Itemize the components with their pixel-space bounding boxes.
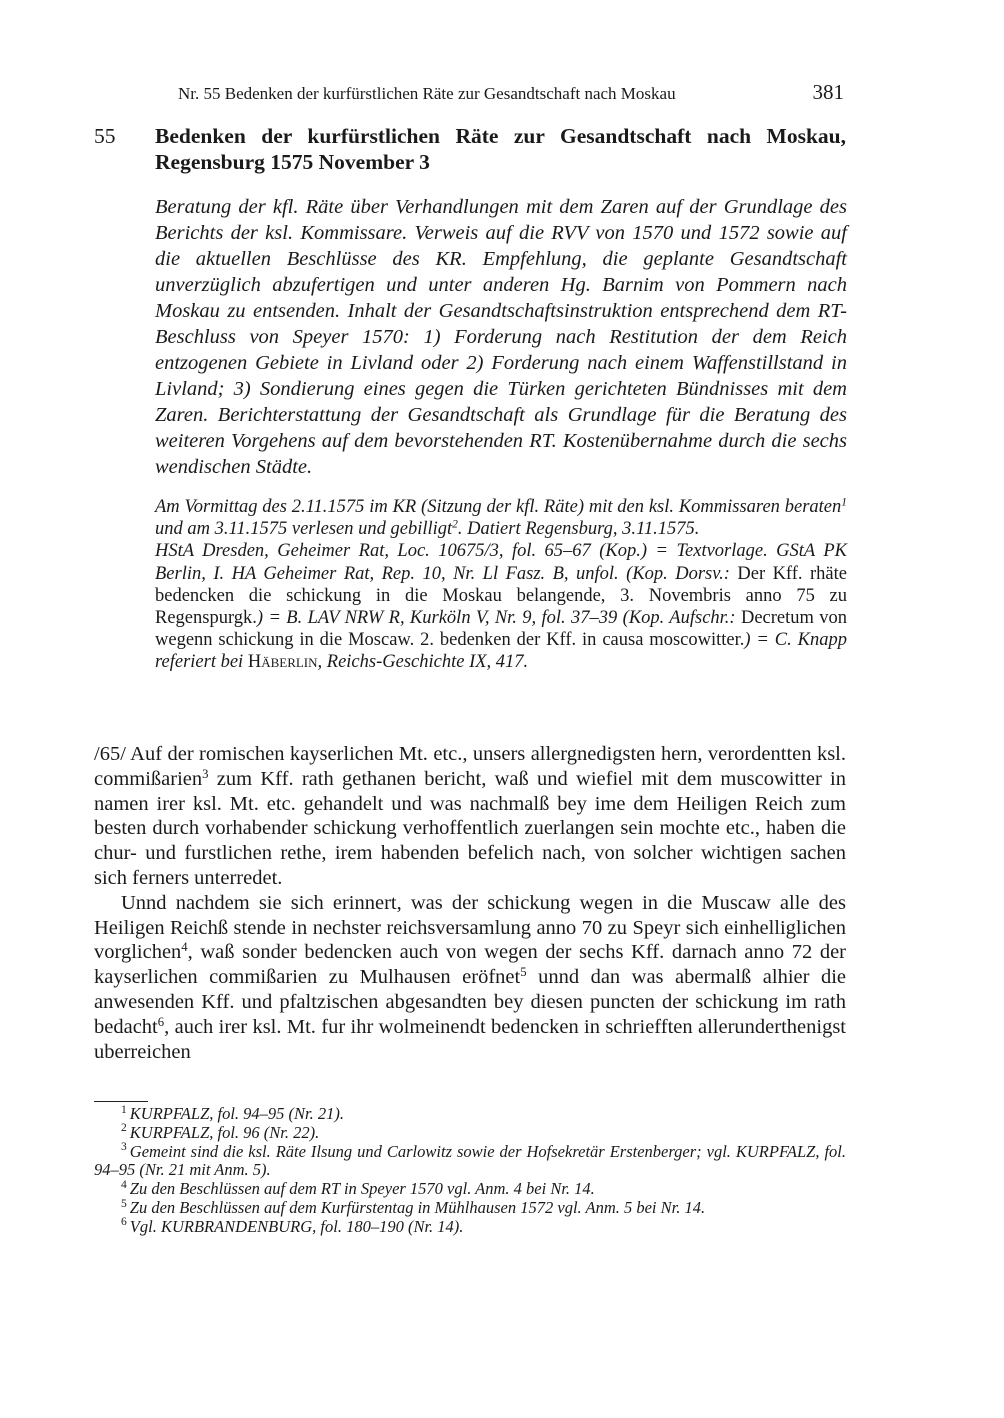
main-text: /65/ Auf der romischen kayserlichen Mt. …	[94, 742, 846, 1064]
footnote-1: 1KURPFALZ, fol. 94–95 (Nr. 21).	[94, 1105, 846, 1124]
footnote-number: 4	[121, 1179, 127, 1191]
footnote-3: 3Gemeint sind die ksl. Räte Ilsung und C…	[94, 1143, 846, 1181]
source-citation: ) = B. LAV NRW R, Kurköln V, Nr. 9, fol.…	[257, 608, 736, 628]
editorial-notes: Am Vormittag des 2.11.1575 im KR (Sitzun…	[155, 496, 847, 674]
document-number: 55	[94, 123, 155, 175]
footnote-text: KURPFALZ, fol. 96 (Nr. 22).	[130, 1123, 319, 1142]
footnote-ref-1[interactable]: 1	[841, 497, 847, 509]
deliberation-note: Am Vormittag des 2.11.1575 im KR (Sitzun…	[155, 496, 847, 540]
footnote-5: 5Zu den Beschlüssen auf dem Kurfürstenta…	[94, 1199, 846, 1218]
footnote-number: 1	[121, 1104, 127, 1116]
footnote-divider	[94, 1101, 148, 1102]
footnote-number: 6	[121, 1216, 127, 1228]
document-page: Nr. 55 Bedenken der kurfürstlichen Räte …	[0, 0, 1004, 1418]
footnote-text: KURPFALZ, fol. 94–95 (Nr. 21).	[130, 1104, 344, 1123]
footnote-text: Zu den Beschlüssen auf dem RT in Speyer …	[130, 1179, 595, 1198]
document-heading: 55 Bedenken der kurfürstlichen Räte zur …	[94, 123, 846, 175]
paragraph-2: Unnd nachdem sie sich erinnert, was der …	[94, 891, 846, 1065]
footnote-text: Gemeint sind die ksl. Räte Ilsung und Ca…	[94, 1142, 846, 1180]
footnote-text: Vgl. KURBRANDENBURG, fol. 180–190 (Nr. 1…	[130, 1217, 464, 1236]
footnote-number: 3	[121, 1141, 127, 1153]
running-head: Nr. 55 Bedenken der kurfürstlichen Räte …	[178, 80, 844, 106]
paragraph-1: /65/ Auf der romischen kayserlichen Mt. …	[94, 742, 846, 891]
author-name: Häberlin	[248, 652, 318, 672]
footnote-2: 2KURPFALZ, fol. 96 (Nr. 22).	[94, 1124, 846, 1143]
footnote-number: 2	[121, 1122, 127, 1134]
source-citation: , Reichs-Geschichte IX, 417.	[318, 652, 529, 672]
footnote-4: 4Zu den Beschlüssen auf dem RT in Speyer…	[94, 1180, 846, 1199]
deliberation-text: . Datiert Regensburg, 3.11.1575.	[458, 519, 700, 539]
deliberation-text: Am Vormittag des 2.11.1575 im KR (Sitzun…	[155, 497, 841, 517]
paragraph-text: , auch irer ksl. Mt. fur ihr wolmeinendt…	[94, 1016, 846, 1063]
deliberation-text: und am 3.11.1575 verlesen und gebilligt	[155, 519, 452, 539]
footnote-6: 6Vgl. KURBRANDENBURG, fol. 180–190 (Nr. …	[94, 1218, 846, 1237]
footnote-text: Zu den Beschlüssen auf dem Kurfürstentag…	[130, 1198, 705, 1217]
regest-summary: Beratung der kfl. Räte über Verhandlunge…	[155, 194, 847, 480]
footnotes: 1KURPFALZ, fol. 94–95 (Nr. 21). 2KURPFAL…	[94, 1105, 846, 1237]
running-head-title: Nr. 55 Bedenken der kurfürstlichen Räte …	[178, 82, 676, 106]
footnote-number: 5	[121, 1198, 127, 1210]
paragraph-text: zum Kff. rath gethanen bericht, waß und …	[94, 768, 846, 889]
document-title: Bedenken der kurfürstlichen Räte zur Ges…	[155, 123, 846, 175]
page-number: 381	[813, 80, 845, 104]
sources-note: HStA Dresden, Geheimer Rat, Loc. 10675/3…	[155, 540, 847, 673]
